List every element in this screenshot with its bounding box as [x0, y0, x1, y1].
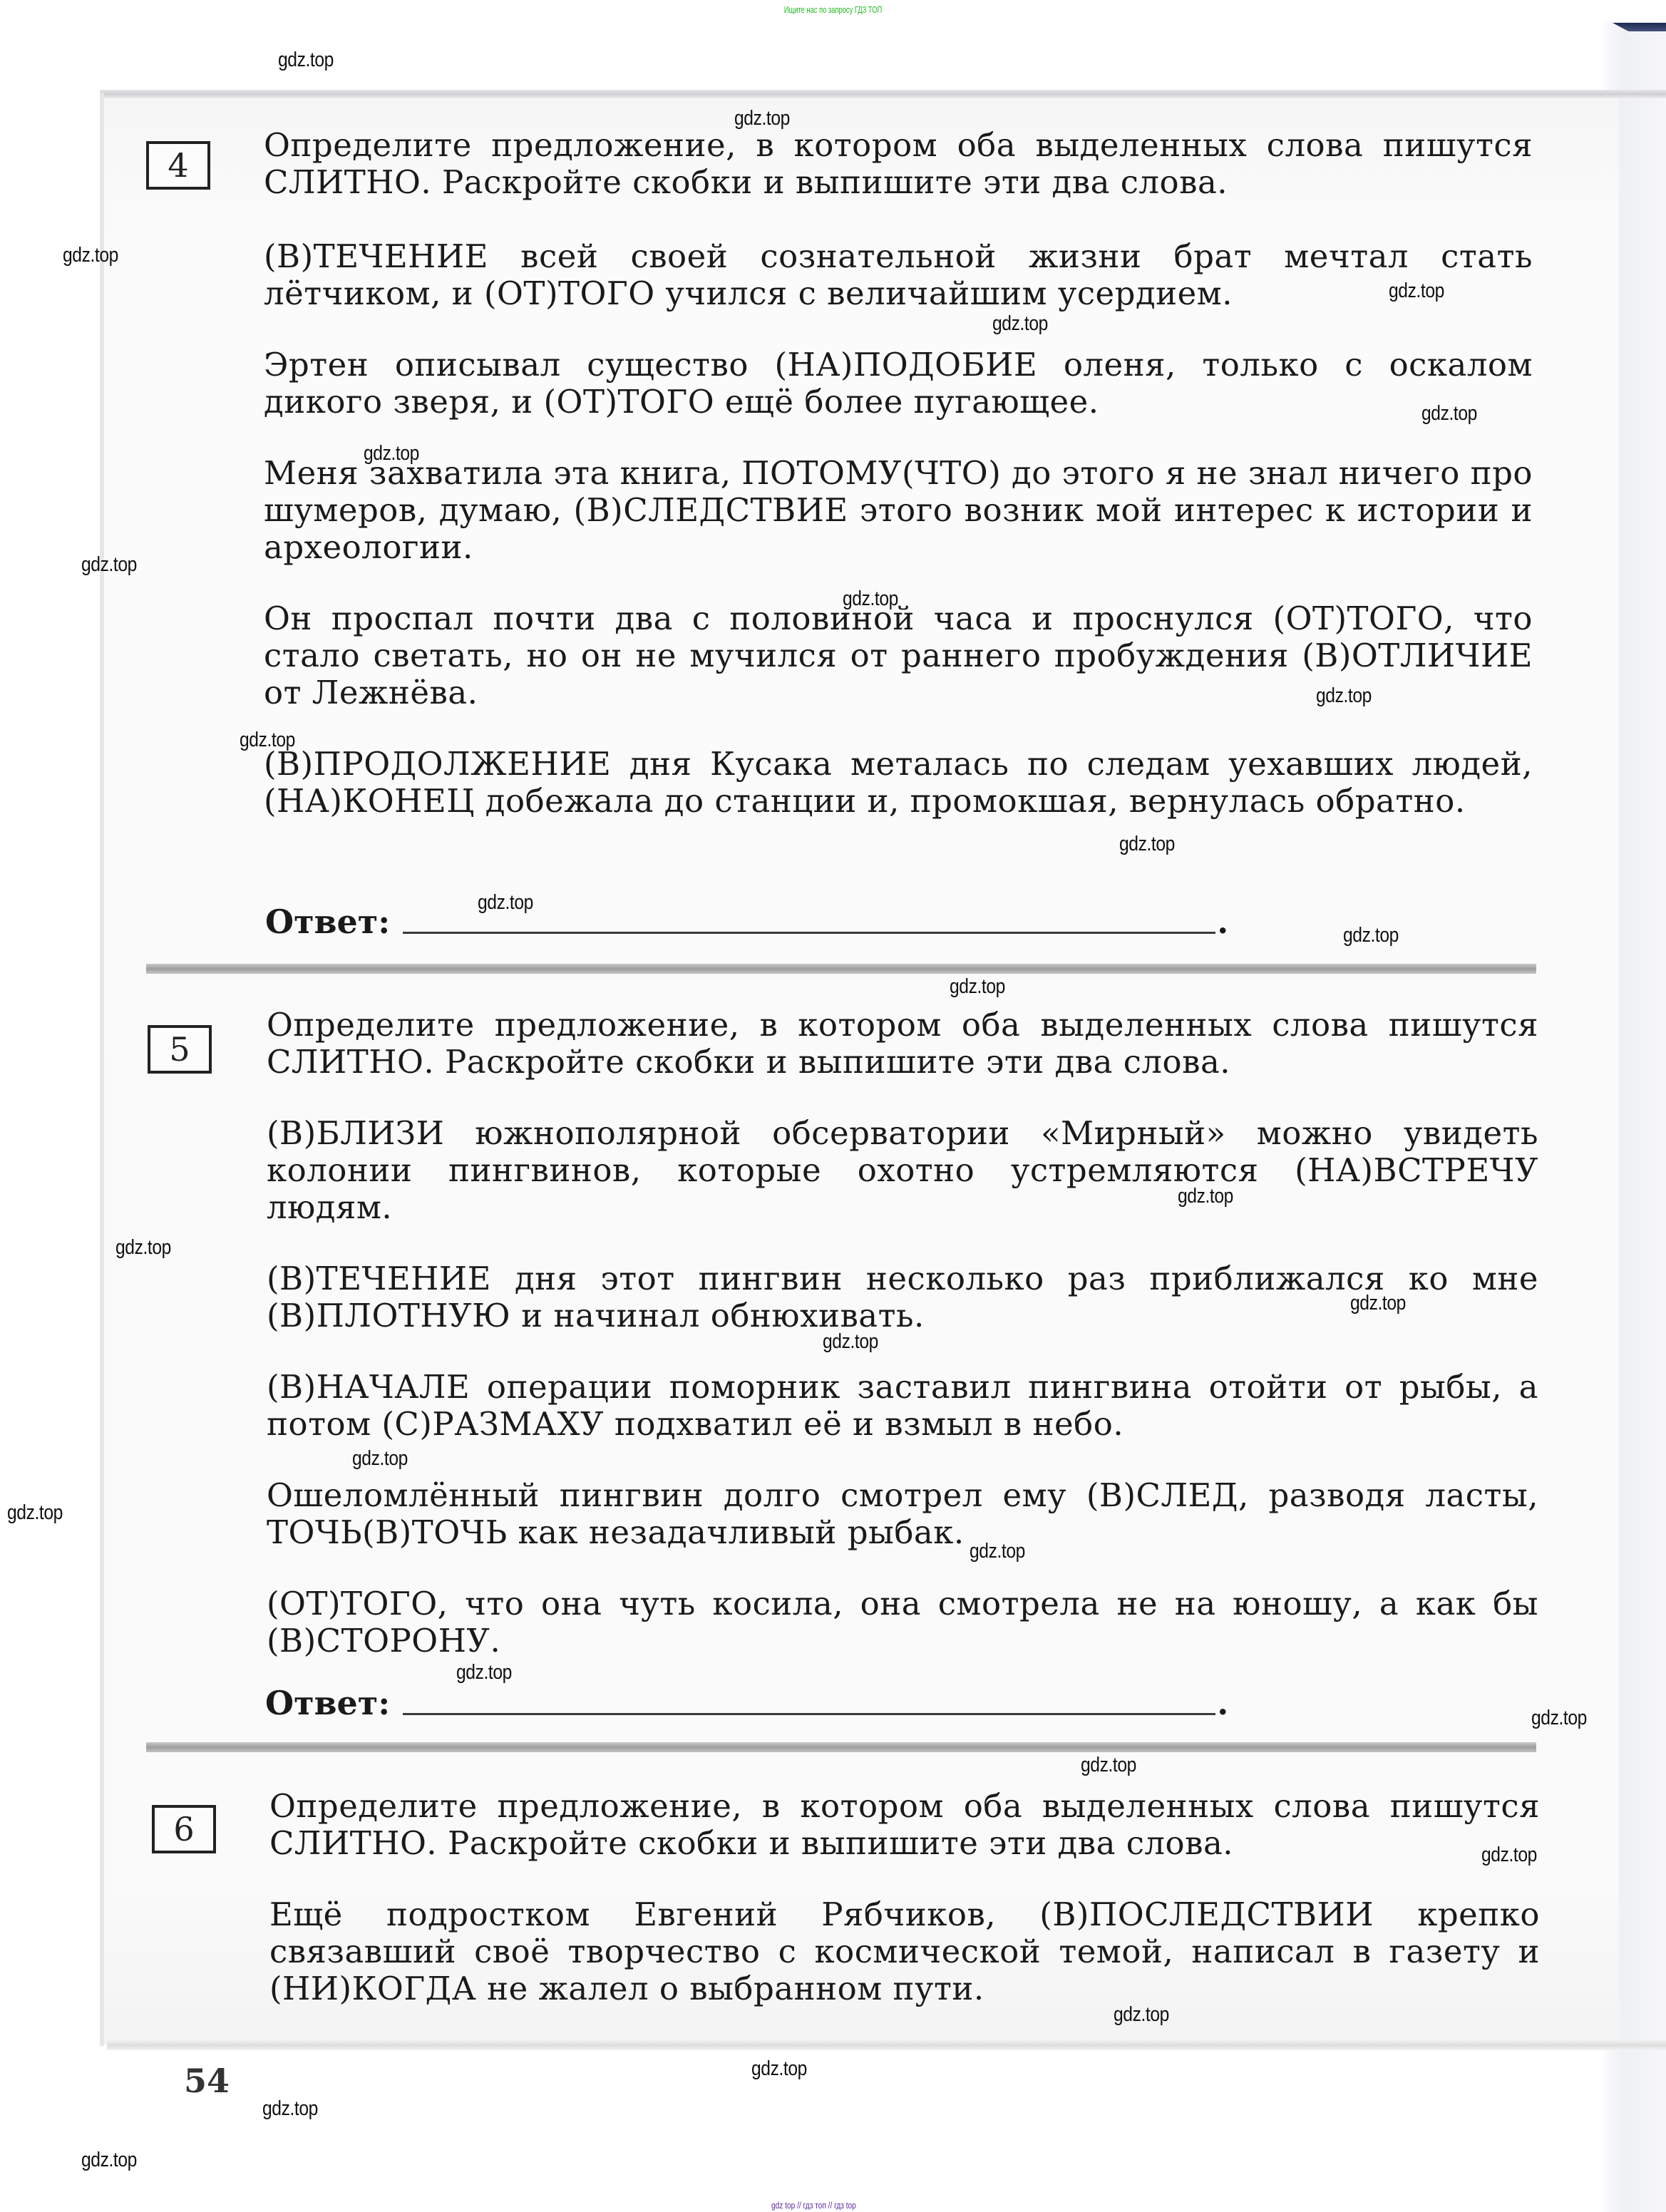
sentence: Ещё подростком Евгений Рябчиков, (В)ПОСЛ… [269, 1896, 1540, 2007]
task-prompt: Определите предложение, в котором оба вы… [269, 1788, 1540, 1862]
answer-field[interactable] [403, 1713, 1215, 1715]
task-4: Определите предложение, в котором оба вы… [264, 127, 1533, 820]
watermark: gdz.top [1481, 1843, 1537, 1867]
watermark: gdz.top [63, 244, 118, 267]
watermark: gdz.top [240, 729, 295, 752]
page-edge-bottom [107, 2040, 1666, 2050]
section-divider [146, 964, 1536, 974]
sentence: Меня захватила эта книга, ПОТОМУ(ЧТО) до… [264, 455, 1533, 566]
page-edge-left [100, 93, 104, 2046]
section-divider [146, 1742, 1536, 1752]
answer-period: . [1217, 902, 1228, 941]
task-prompt: Определите предложение, в котором оба вы… [264, 127, 1533, 201]
task-prompt: Определите предложение, в котором оба вы… [267, 1007, 1538, 1081]
sentence: (В)ТЕЧЕНИЕ дня этот пингвин несколько ра… [267, 1260, 1538, 1334]
watermark: gdz.top [751, 2057, 807, 2081]
page-number: 54 [184, 2062, 230, 2100]
task-6: Определите предложение, в котором оба вы… [269, 1788, 1540, 2007]
watermark: gdz.top [992, 312, 1048, 336]
watermark: gdz.top [1421, 402, 1477, 426]
sentence: (В)НАЧАЛЕ операции поморник заставил пин… [267, 1369, 1538, 1443]
watermark: gdz.top [364, 442, 419, 465]
page-edge-top [100, 90, 1666, 98]
bottom-credit: gdz top // гдз топ // гдз top [771, 2200, 856, 2211]
watermark: gdz.top [734, 107, 790, 130]
answer-row: Ответ: . [265, 1684, 1228, 1722]
answer-label: Ответ: [265, 1684, 390, 1722]
task-number: 6 [173, 1810, 194, 1848]
answer-period: . [1217, 1684, 1228, 1722]
watermark: gdz.top [1316, 684, 1372, 708]
watermark: gdz.top [1350, 1292, 1406, 1315]
sentence: Эртен описывал существо (НА)ПОДОБИЕ олен… [264, 346, 1533, 421]
answer-row: Ответ: . [265, 902, 1228, 941]
watermark: gdz.top [278, 48, 334, 72]
answer-field[interactable] [403, 932, 1215, 934]
watermark: gdz.top [1114, 2003, 1169, 2027]
top-credit: Ищите нас по запросу ГДЗ ТОП [233, 4, 1433, 15]
watermark: gdz.top [115, 1236, 171, 1260]
sentence: Ошеломлённый пингвин долго смотрел ему (… [267, 1477, 1538, 1551]
watermark: gdz.top [1178, 1185, 1233, 1208]
sentence: (В)ТЕЧЕНИЕ всей своей сознательной жизни… [264, 238, 1533, 312]
watermark: gdz.top [843, 587, 898, 611]
watermark: gdz.top [823, 1330, 878, 1354]
watermark: gdz.top [1119, 833, 1175, 856]
sentence: (В)ПРОДОЛЖЕНИЕ дня Кусака металась по сл… [264, 746, 1533, 820]
watermark: gdz.top [1531, 1707, 1587, 1730]
task-number-box: 5 [148, 1025, 212, 1074]
watermark: gdz.top [950, 975, 1005, 999]
task-number-box: 4 [146, 141, 210, 190]
watermark: gdz.top [478, 891, 533, 915]
watermark: gdz.top [970, 1540, 1025, 1563]
answer-label: Ответ: [265, 902, 390, 941]
watermark: gdz.top [1389, 279, 1444, 303]
watermark: gdz.top [1343, 924, 1399, 947]
watermark: gdz.top [81, 2149, 137, 2172]
sentence: (ОТ)ТОГО, что она чуть косила, она смотр… [267, 1585, 1538, 1660]
sentence: (В)БЛИЗИ южнополярной обсерватории «Мирн… [267, 1115, 1538, 1226]
task-5: Определите предложение, в котором оба вы… [267, 1007, 1538, 1660]
watermark: gdz.top [262, 2097, 318, 2121]
task-number: 4 [168, 146, 188, 185]
watermark: gdz.top [456, 1661, 512, 1684]
watermark: gdz.top [352, 1447, 408, 1471]
watermark: gdz.top [81, 553, 137, 577]
task-number: 5 [169, 1030, 190, 1069]
watermark: gdz.top [1081, 1754, 1136, 1777]
watermark: gdz.top [7, 1501, 63, 1525]
task-number-box: 6 [152, 1805, 216, 1853]
